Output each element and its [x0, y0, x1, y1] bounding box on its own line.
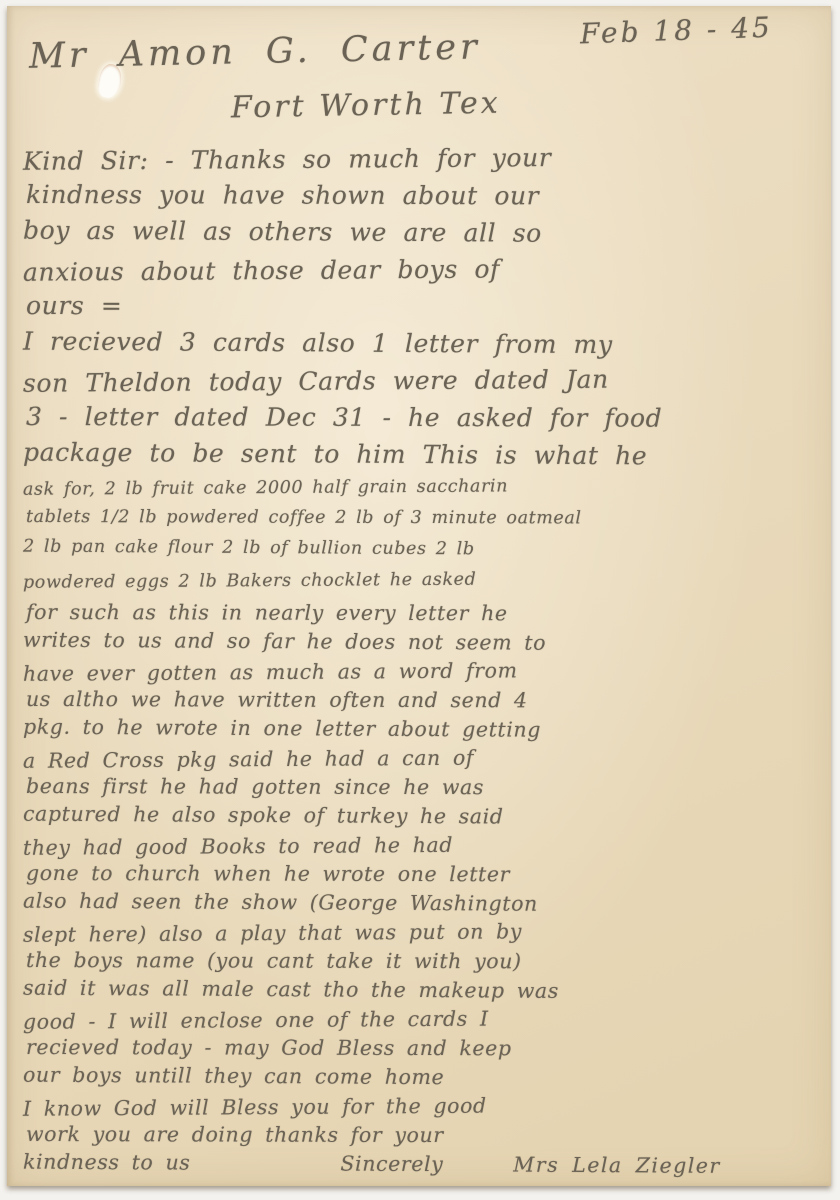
letter-line: work you are doing thanks for your [26, 1122, 824, 1153]
recipient-city: Fort Worth Tex [231, 86, 501, 126]
letter-line: boy as well as others we are all so [23, 216, 821, 258]
letter-line: us altho we have written often and send … [26, 687, 824, 718]
letter-paper: Feb 18 - 45 Mr Amon G. Carter Fort Worth… [7, 6, 831, 1186]
letter-line: for such as this in nearly every letter … [26, 600, 824, 631]
signature-row: kindness to us Sincerely Mrs Lela Ziegle… [23, 1150, 821, 1184]
letter-line: package to be sent to him This is what h… [23, 438, 821, 480]
letter-line: good - I will enclose one of the cards I [23, 1004, 821, 1039]
recipient-name: Mr Amon G. Carter [29, 27, 481, 76]
signature: Mrs Lela Ziegler [513, 1153, 721, 1178]
letter-line: have ever gotten as much as a word from [23, 656, 821, 691]
letter-date: Feb 18 - 45 [580, 11, 774, 51]
letter-line: I know God will Bless you for the good [23, 1091, 821, 1126]
letter-body: Kind Sir: - Thanks so much for your kind… [23, 144, 821, 1181]
letter-line: beans first he had gotten since he was [26, 774, 824, 805]
letter-line: kindness you have shown about our [26, 180, 824, 219]
letter-scan: Feb 18 - 45 Mr Amon G. Carter Fort Worth… [0, 0, 840, 1200]
letter-line: recieved today - may God Bless and keep [26, 1035, 824, 1066]
letter-line: powdered eggs 2 lb Bakers chocklet he as… [23, 567, 821, 604]
letter-line: a Red Cross pkg said he had a can of [23, 743, 821, 778]
letter-line: 3 - letter dated Dec 31 - he asked for f… [26, 402, 824, 441]
letter-line: kindness to us [23, 1150, 191, 1175]
letter-line: anxious about those dear boys of [23, 252, 821, 295]
letter-line: gone to church when he wrote one letter [26, 861, 824, 892]
letter-line: ask for, 2 lb fruit cake 2000 half grain… [23, 474, 821, 511]
letter-line: ours = [26, 291, 824, 330]
letter-closing: Sincerely [340, 1152, 443, 1177]
letter-line: Kind Sir: - Thanks so much for your [23, 141, 821, 184]
letter-line: they had good Books to read he had [23, 830, 821, 865]
letter-line: son Theldon today Cards were dated Jan [23, 363, 821, 406]
letter-line: slept here) also a play that was put on … [23, 917, 821, 952]
letter-line: tablets 1/2 lb powdered coffee 2 lb of 3… [26, 507, 824, 540]
letter-line: I recieved 3 cards also 1 letter from my [23, 327, 821, 369]
letter-line: the boys name (you cant take it with you… [26, 948, 824, 979]
